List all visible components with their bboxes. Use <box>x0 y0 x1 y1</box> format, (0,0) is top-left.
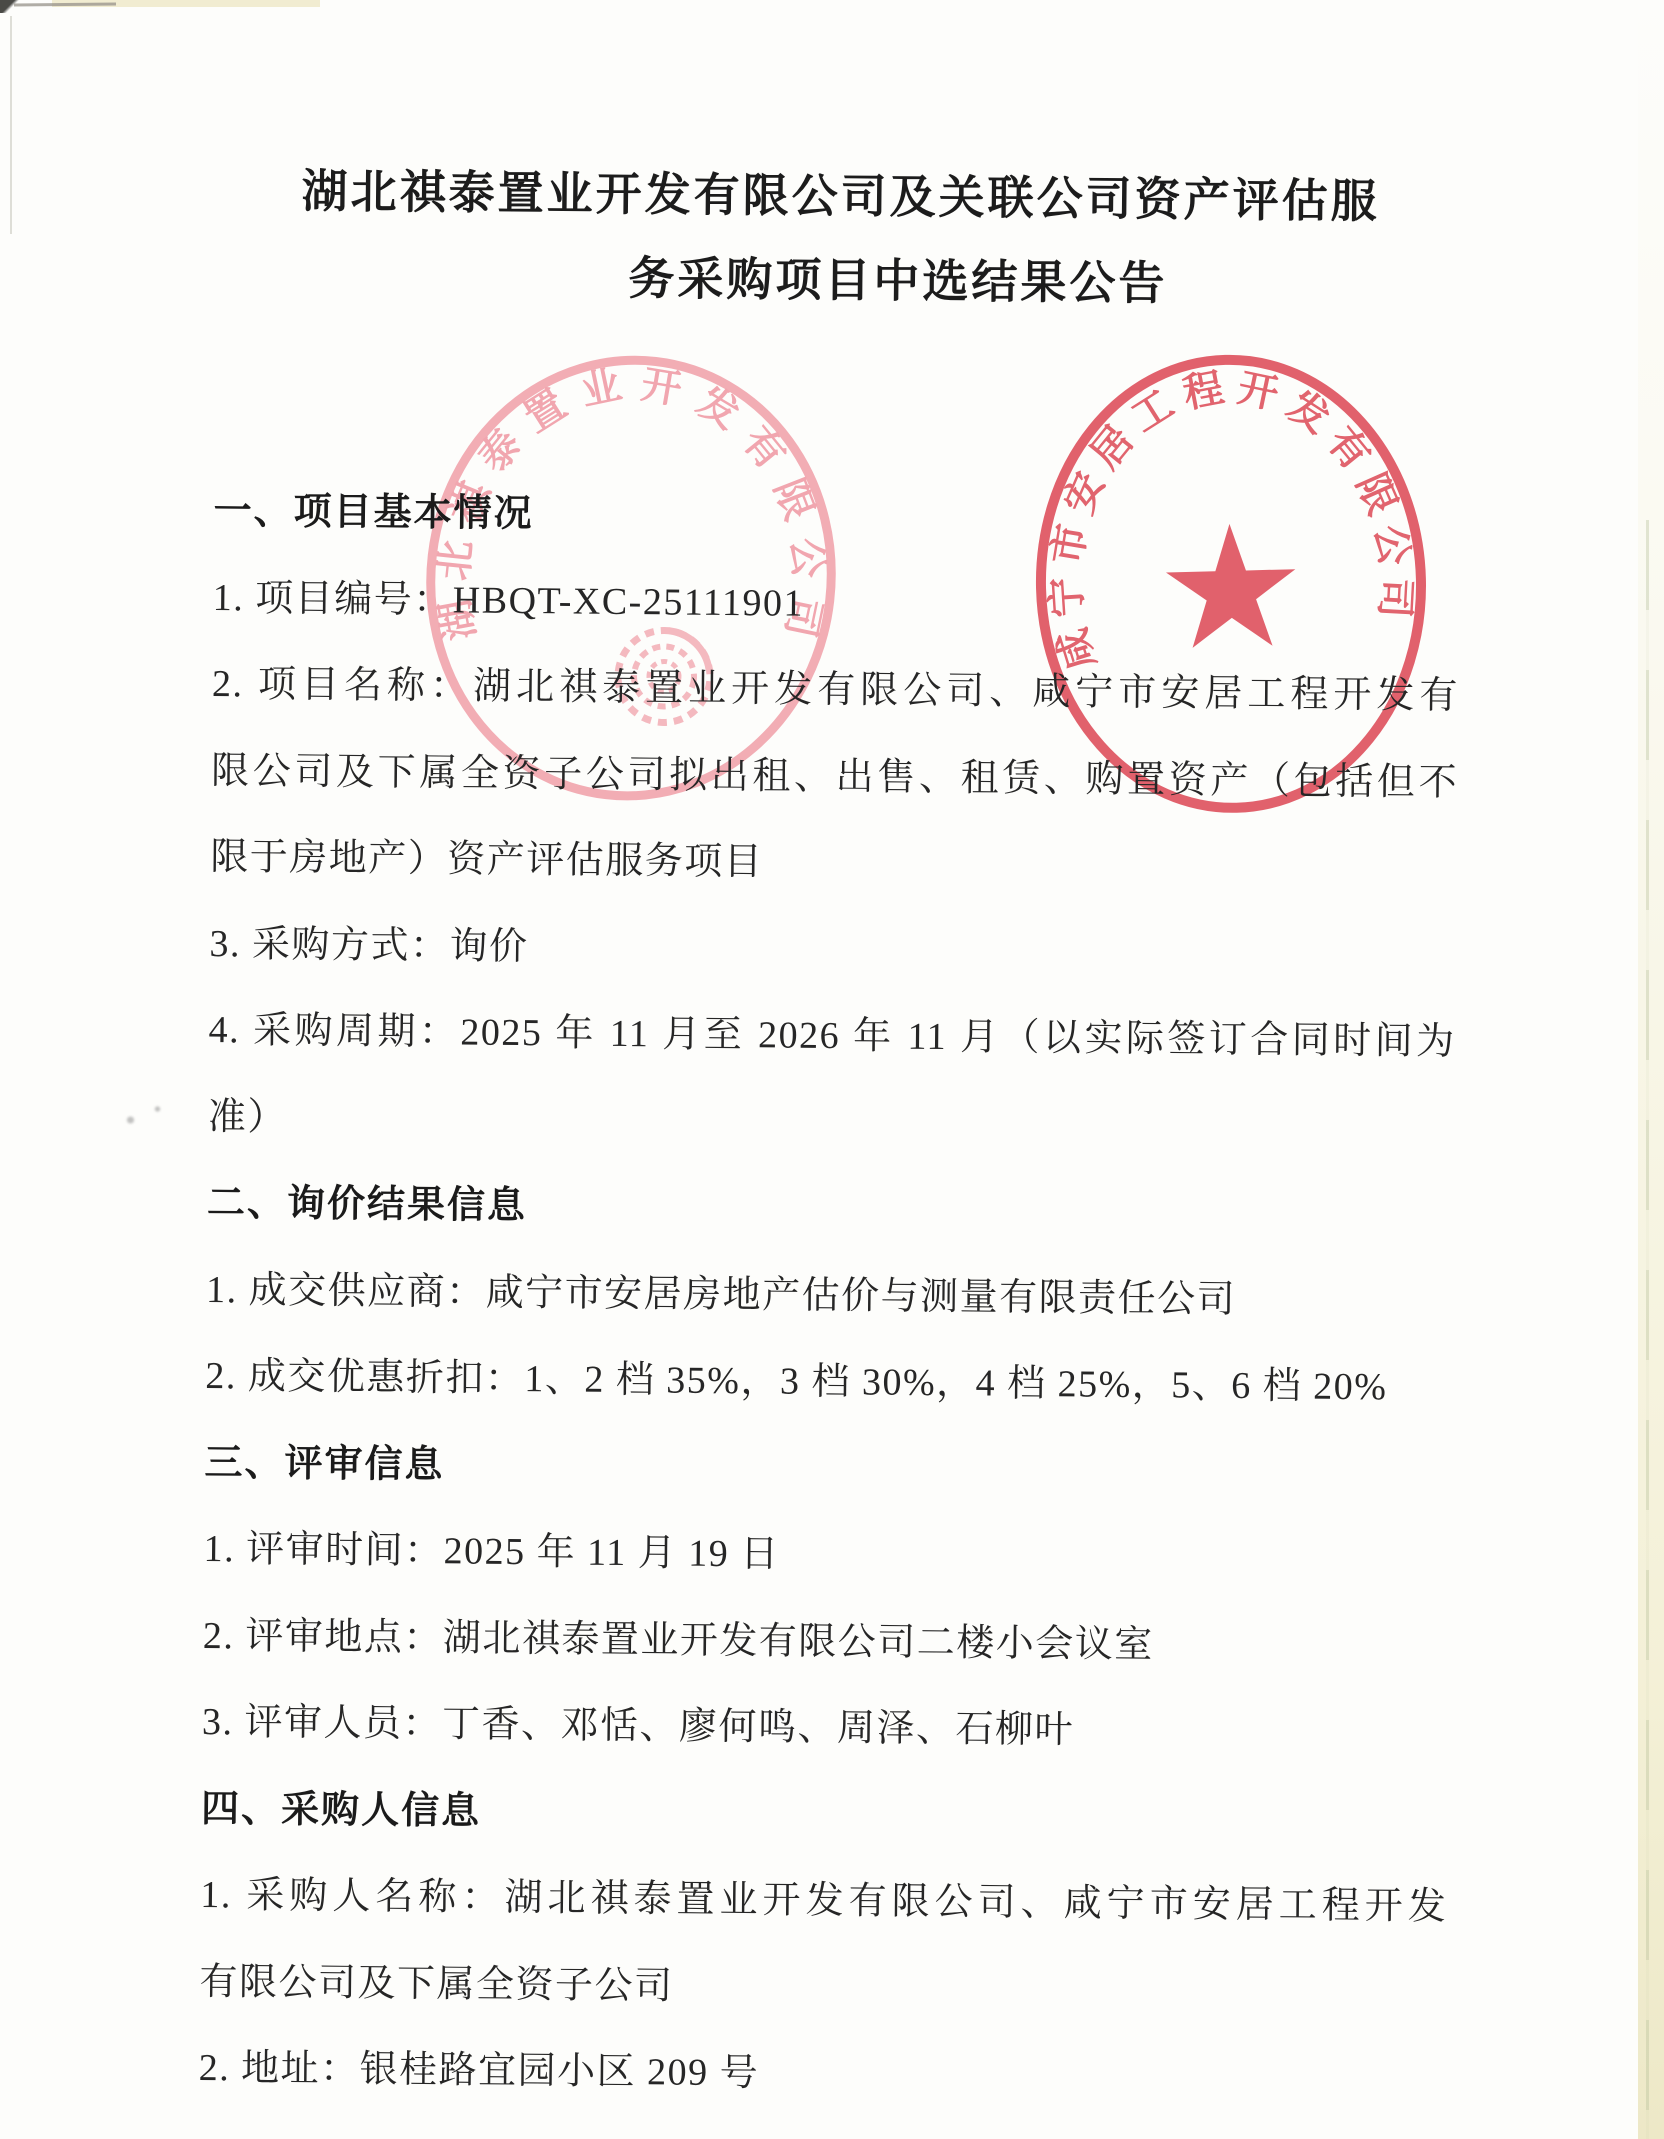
scan-artifact-left-line <box>10 16 12 234</box>
section-heading: 一、项目基本情况 <box>213 487 533 538</box>
document-content: 湖北祺泰置业开发有限公司及关联公司资产评估服 务采购项目中选结果公告 湖北祺泰置… <box>0 0 1664 2139</box>
document-title-line-2: 务采购项目中选结果公告 <box>66 245 1664 319</box>
document-text-line: 1. 项目编号：HBQT-XC-25111901 <box>213 574 805 628</box>
pencil-mark <box>154 1106 161 1112</box>
document-text-line: 2. 评审地点：湖北祺泰置业开发有限公司二楼小会议室 <box>203 1612 1154 1669</box>
document-text-line: 2. 地址：银桂路宜园小区 209 号 <box>198 2044 759 2097</box>
xianning-anju-company-seal: 咸宁市安居工程开发有限公司 <box>1025 348 1437 820</box>
document-text-line: 限于房地产）资产评估服务项目 <box>210 833 763 886</box>
star-icon <box>1165 522 1297 648</box>
section-heading: 二、询价结果信息 <box>207 1179 527 1230</box>
pencil-mark <box>126 1116 135 1124</box>
document-title-line-1: 湖北祺泰置业开发有限公司及关联公司资产评估服 <box>8 160 1664 234</box>
section-heading: 四、采购人信息 <box>201 1784 481 1835</box>
scan-artifact-right-band <box>1638 0 1664 2139</box>
document-text-line: 准） <box>208 1093 287 1142</box>
document-text-line: 3. 评审人员：丁香、邓恬、廖何鸣、周泽、石柳叶 <box>202 1698 1074 1754</box>
document-text-line: 2. 成交优惠折扣：1、2 档 35%，3 档 30%，4 档 25%，5、6 … <box>205 1352 1388 1411</box>
document-text-line: 1. 成交供应商：咸宁市安居房地产估价与测量有限责任公司 <box>206 1266 1236 1324</box>
scanned-document-page: 湖北祺泰置业开发有限公司及关联公司资产评估服 务采购项目中选结果公告 湖北祺泰置… <box>0 0 1664 2139</box>
document-text-line: 1. 采购人名称：湖北祺泰置业开发有限公司、咸宁市安居工程开发 <box>200 1871 1447 1931</box>
document-text-line: 4. 采购周期：2025 年 11 月至 2026 年 11 月（以实际签订合同… <box>208 1006 1455 1066</box>
document-text-line: 1. 评审时间：2025 年 11 月 19 日 <box>203 1525 780 1579</box>
document-text-line: 3. 采购方式：询价 <box>209 920 528 971</box>
document-text-line: 有限公司及下属全资子公司 <box>199 1957 673 2010</box>
section-heading: 三、评审信息 <box>204 1439 444 1489</box>
scan-artifact-right-line <box>1646 520 1649 2139</box>
svg-text:咸宁市安居工程开发有限公司: 咸宁市安居工程开发有限公司 <box>1038 360 1421 676</box>
scan-artifact-corner-mark <box>0 0 22 13</box>
